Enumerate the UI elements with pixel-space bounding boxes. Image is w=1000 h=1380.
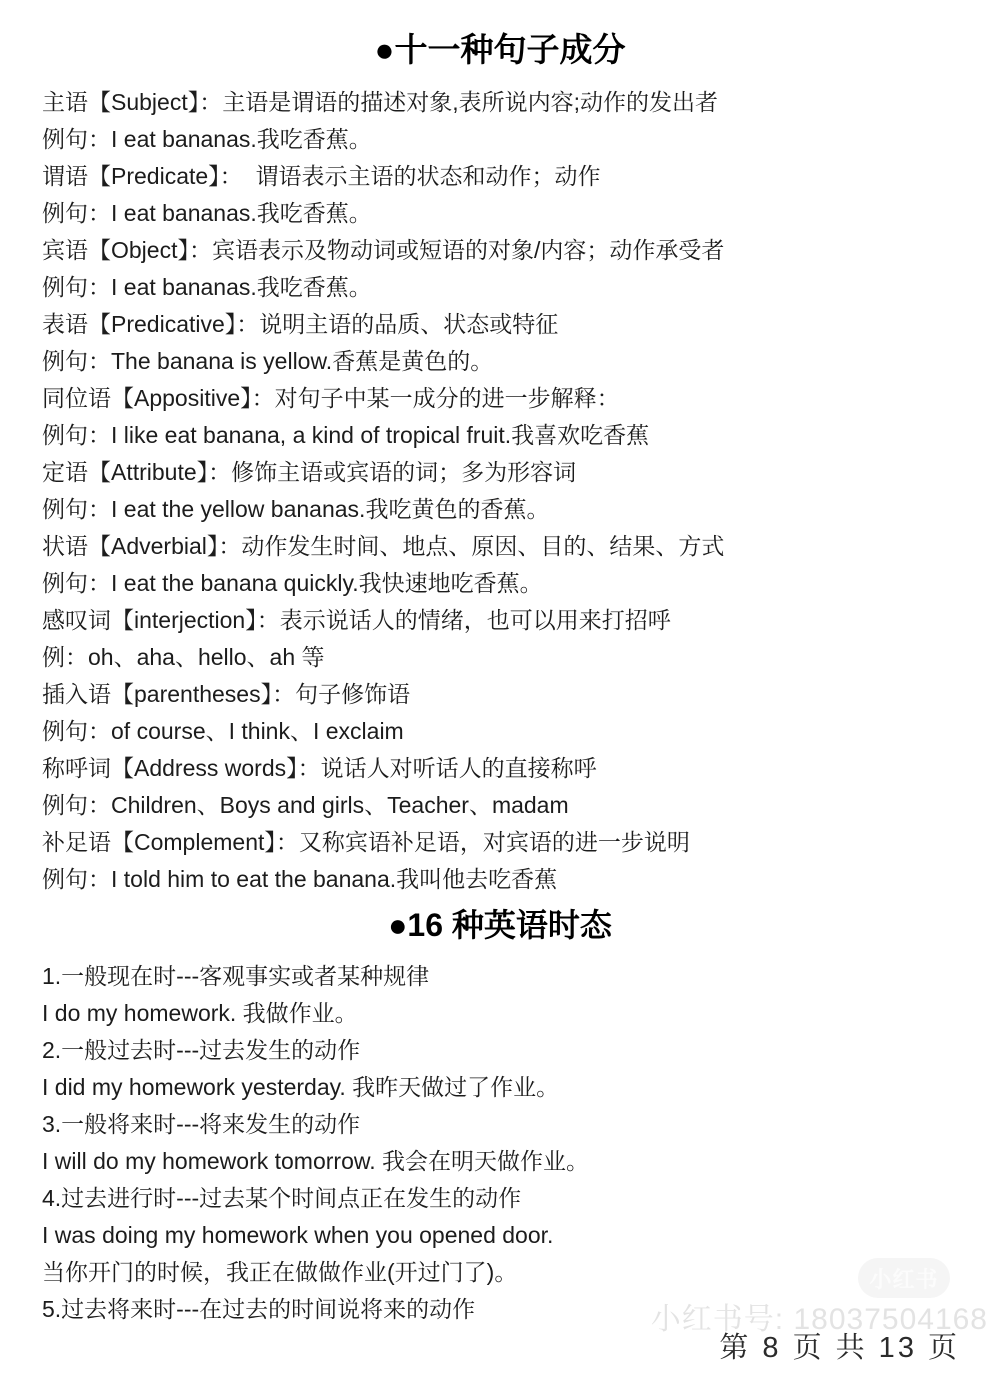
text-line: 例：oh、aha、hello、ah 等 bbox=[42, 639, 970, 676]
text-line: 当你开门的时候，我正在做做作业(开过门了)。 bbox=[42, 1254, 970, 1291]
text-line: 宾语【Object】：宾语表示及物动词或短语的对象/内容；动作承受者 bbox=[42, 232, 970, 269]
section-title-tenses: ●16 种英语时态 bbox=[0, 906, 1000, 944]
text-line: 例句：Children、Boys and girls、Teacher、madam bbox=[42, 787, 970, 824]
text-line: 定语【Attribute】：修饰主语或宾语的词；多为形容词 bbox=[42, 454, 970, 491]
text-line: I will do my homework tomorrow. 我会在明天做作业… bbox=[42, 1143, 970, 1180]
text-line: 例句：I eat the banana quickly.我快速地吃香蕉。 bbox=[42, 565, 970, 602]
text-line: 例句：The banana is yellow.香蕉是黄色的。 bbox=[42, 343, 970, 380]
text-line: 称呼词【Address words】：说话人对听话人的直接称呼 bbox=[42, 750, 970, 787]
text-line: I was doing my homework when you opened … bbox=[42, 1217, 970, 1254]
section-title-sentence-components: ●十一种句子成分 bbox=[0, 0, 1000, 70]
text-line: 例句：I eat the yellow bananas.我吃黄色的香蕉。 bbox=[42, 491, 970, 528]
text-line: I do my homework. 我做作业。 bbox=[42, 995, 970, 1032]
document-page: ●十一种句子成分 主语【Subject】：主语是谓语的描述对象,表所说内容;动作… bbox=[0, 0, 1000, 1380]
text-line: 感叹词【interjection】：表示说话人的情绪，也可以用来打招呼 bbox=[42, 602, 970, 639]
text-line: 3.一般将来时---将来发生的动作 bbox=[42, 1106, 970, 1143]
text-line: 例句：I told him to eat the banana.我叫他去吃香蕉 bbox=[42, 861, 970, 898]
text-line: I did my homework yesterday. 我昨天做过了作业。 bbox=[42, 1069, 970, 1106]
text-line: 插入语【parentheses】：句子修饰语 bbox=[42, 676, 970, 713]
text-line: 状语【Adverbial】：动作发生时间、地点、原因、目的、结果、方式 bbox=[42, 528, 970, 565]
text-line: 1.一般现在时---客观事实或者某种规律 bbox=[42, 958, 970, 995]
text-line: 例句：of course、I think、I exclaim bbox=[42, 713, 970, 750]
tenses-section: 1.一般现在时---客观事实或者某种规律 I do my homework. 我… bbox=[0, 958, 1000, 1328]
text-line: 例句：I eat bananas.我吃香蕉。 bbox=[42, 269, 970, 306]
text-line: 5.过去将来时---在过去的时间说将来的动作 bbox=[42, 1291, 970, 1328]
sentence-components-section: 主语【Subject】：主语是谓语的描述对象,表所说内容;动作的发出者 例句：I… bbox=[0, 84, 1000, 898]
text-line: 谓语【Predicate】： 谓语表示主语的状态和动作；动作 bbox=[42, 158, 970, 195]
text-line: 主语【Subject】：主语是谓语的描述对象,表所说内容;动作的发出者 bbox=[42, 84, 970, 121]
text-line: 例句：I like eat banana, a kind of tropical… bbox=[42, 417, 970, 454]
text-line: 例句：I eat bananas.我吃香蕉。 bbox=[42, 121, 970, 158]
text-line: 4.过去进行时---过去某个时间点正在发生的动作 bbox=[42, 1180, 970, 1217]
page-number: 第 8 页 共 13 页 bbox=[719, 1325, 960, 1366]
text-line: 补足语【Complement】：又称宾语补足语，对宾语的进一步说明 bbox=[42, 824, 970, 861]
text-line: 2.一般过去时---过去发生的动作 bbox=[42, 1032, 970, 1069]
text-line: 例句：I eat bananas.我吃香蕉。 bbox=[42, 195, 970, 232]
text-line: 表语【Predicative】：说明主语的品质、状态或特征 bbox=[42, 306, 970, 343]
text-line: 同位语【Appositive】：对句子中某一成分的进一步解释： bbox=[42, 380, 970, 417]
